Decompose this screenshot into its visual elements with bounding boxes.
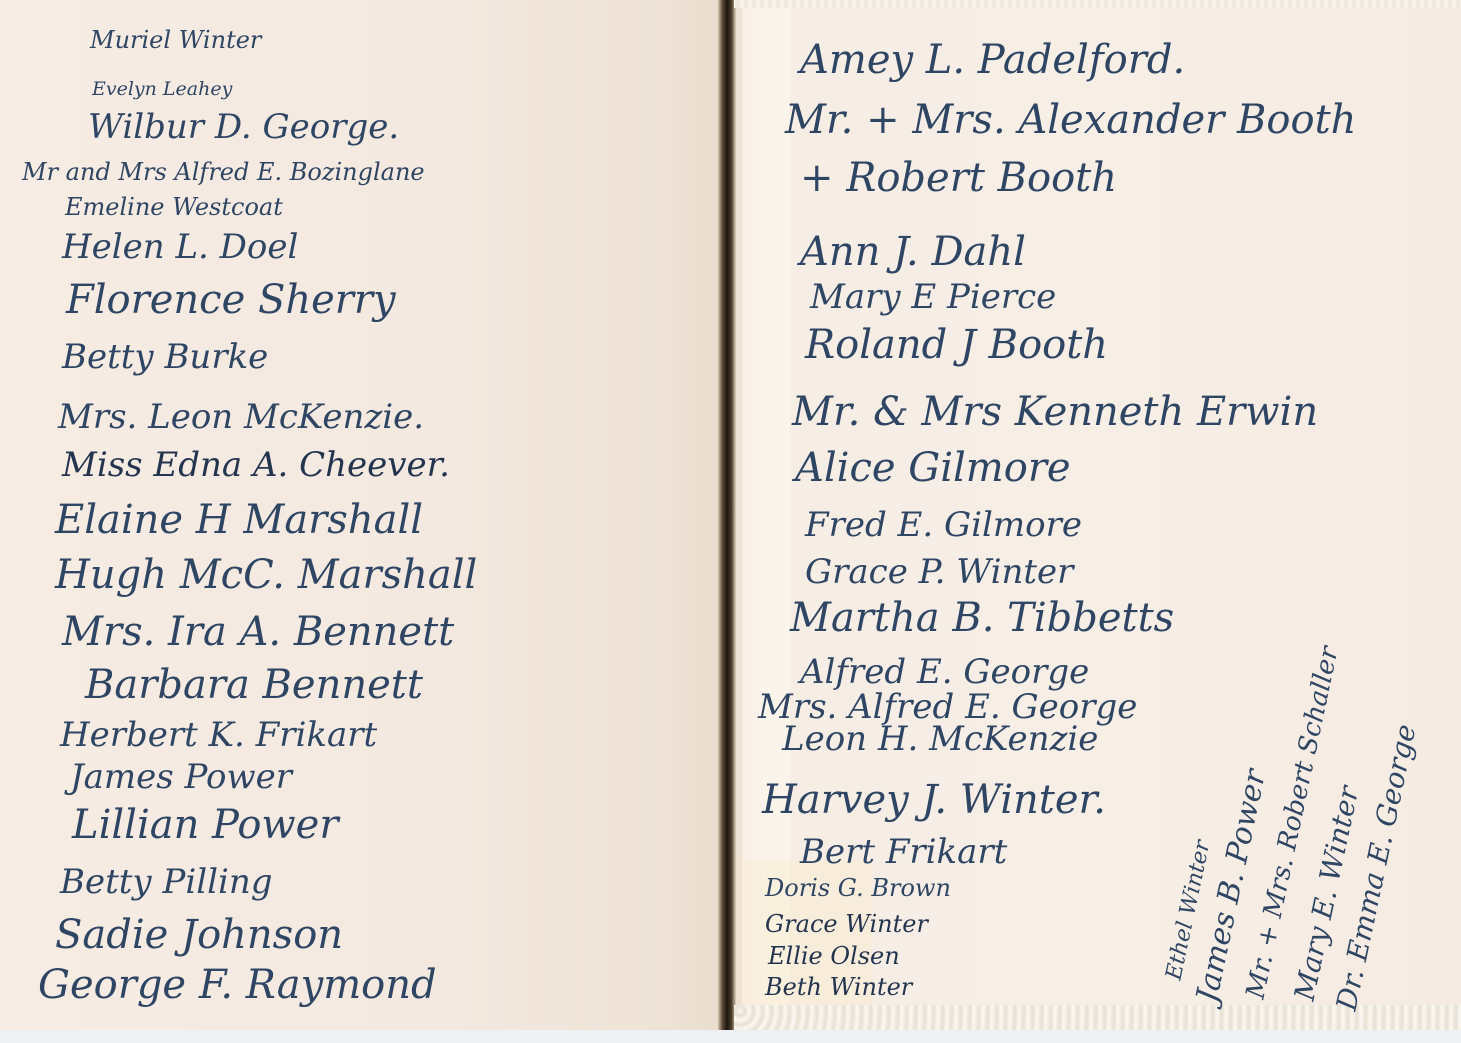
signature: James Power (70, 760, 292, 794)
signature: Mr. + Mrs. Alexander Booth (785, 100, 1356, 140)
signature: Hugh McC. Marshall (55, 555, 477, 595)
signature: Doris G. Brown (765, 876, 951, 900)
scan-border (0, 1030, 1461, 1043)
embossed-edge-top (734, 0, 1461, 8)
signature: Elaine H Marshall (55, 500, 423, 540)
signature: Miss Edna A. Cheever. (62, 448, 450, 482)
signature: Mr. & Mrs Kenneth Erwin (792, 392, 1318, 432)
signature: Mary E Pierce (810, 280, 1056, 314)
signature: Bert Frikart (800, 835, 1007, 869)
guest-book-spread: Muriel Winter Evelyn Leahey Wilbur D. Ge… (0, 0, 1461, 1030)
signature: Amey L. Padelford. (800, 40, 1185, 80)
signature: Mrs. Ira A. Bennett (62, 612, 454, 652)
signature: Evelyn Leahey (92, 80, 232, 99)
signature: Lillian Power (72, 805, 338, 845)
signature: Wilbur D. George. (88, 110, 399, 144)
signature: Martha B. Tibbetts (790, 598, 1174, 638)
signature: Sadie Johnson (55, 915, 343, 955)
signature: Muriel Winter (90, 28, 261, 52)
signature: Ellie Olsen (768, 944, 900, 968)
signature: Betty Pilling (60, 865, 272, 899)
book-gutter (718, 0, 736, 1030)
signature: + Robert Booth (800, 158, 1117, 198)
signature: Barbara Bennett (85, 665, 423, 705)
signature: Mrs. Leon McKenzie. (58, 400, 424, 434)
signature: Leon H. McKenzie (782, 722, 1098, 756)
signature: Roland J Booth (805, 325, 1108, 365)
signature: Ann J. Dahl (800, 232, 1026, 272)
signature: Florence Sherry (66, 280, 396, 320)
signature: Emeline Westcoat (65, 195, 283, 219)
signature: Alfred E. George (800, 655, 1089, 689)
signature: Herbert K. Frikart (60, 718, 377, 752)
signature: George F. Raymond (38, 965, 437, 1005)
signature: Grace Winter (765, 912, 928, 936)
signature: Harvey J. Winter. (762, 780, 1106, 820)
signature: Mr and Mrs Alfred E. Bozinglane (22, 160, 425, 184)
signature: Helen L. Doel (62, 230, 298, 264)
signature: Betty Burke (62, 340, 268, 374)
signature: Grace P. Winter (805, 555, 1073, 589)
signature: Fred E. Gilmore (805, 508, 1082, 542)
signature: Alice Gilmore (795, 448, 1071, 488)
signature: Beth Winter (765, 975, 912, 999)
